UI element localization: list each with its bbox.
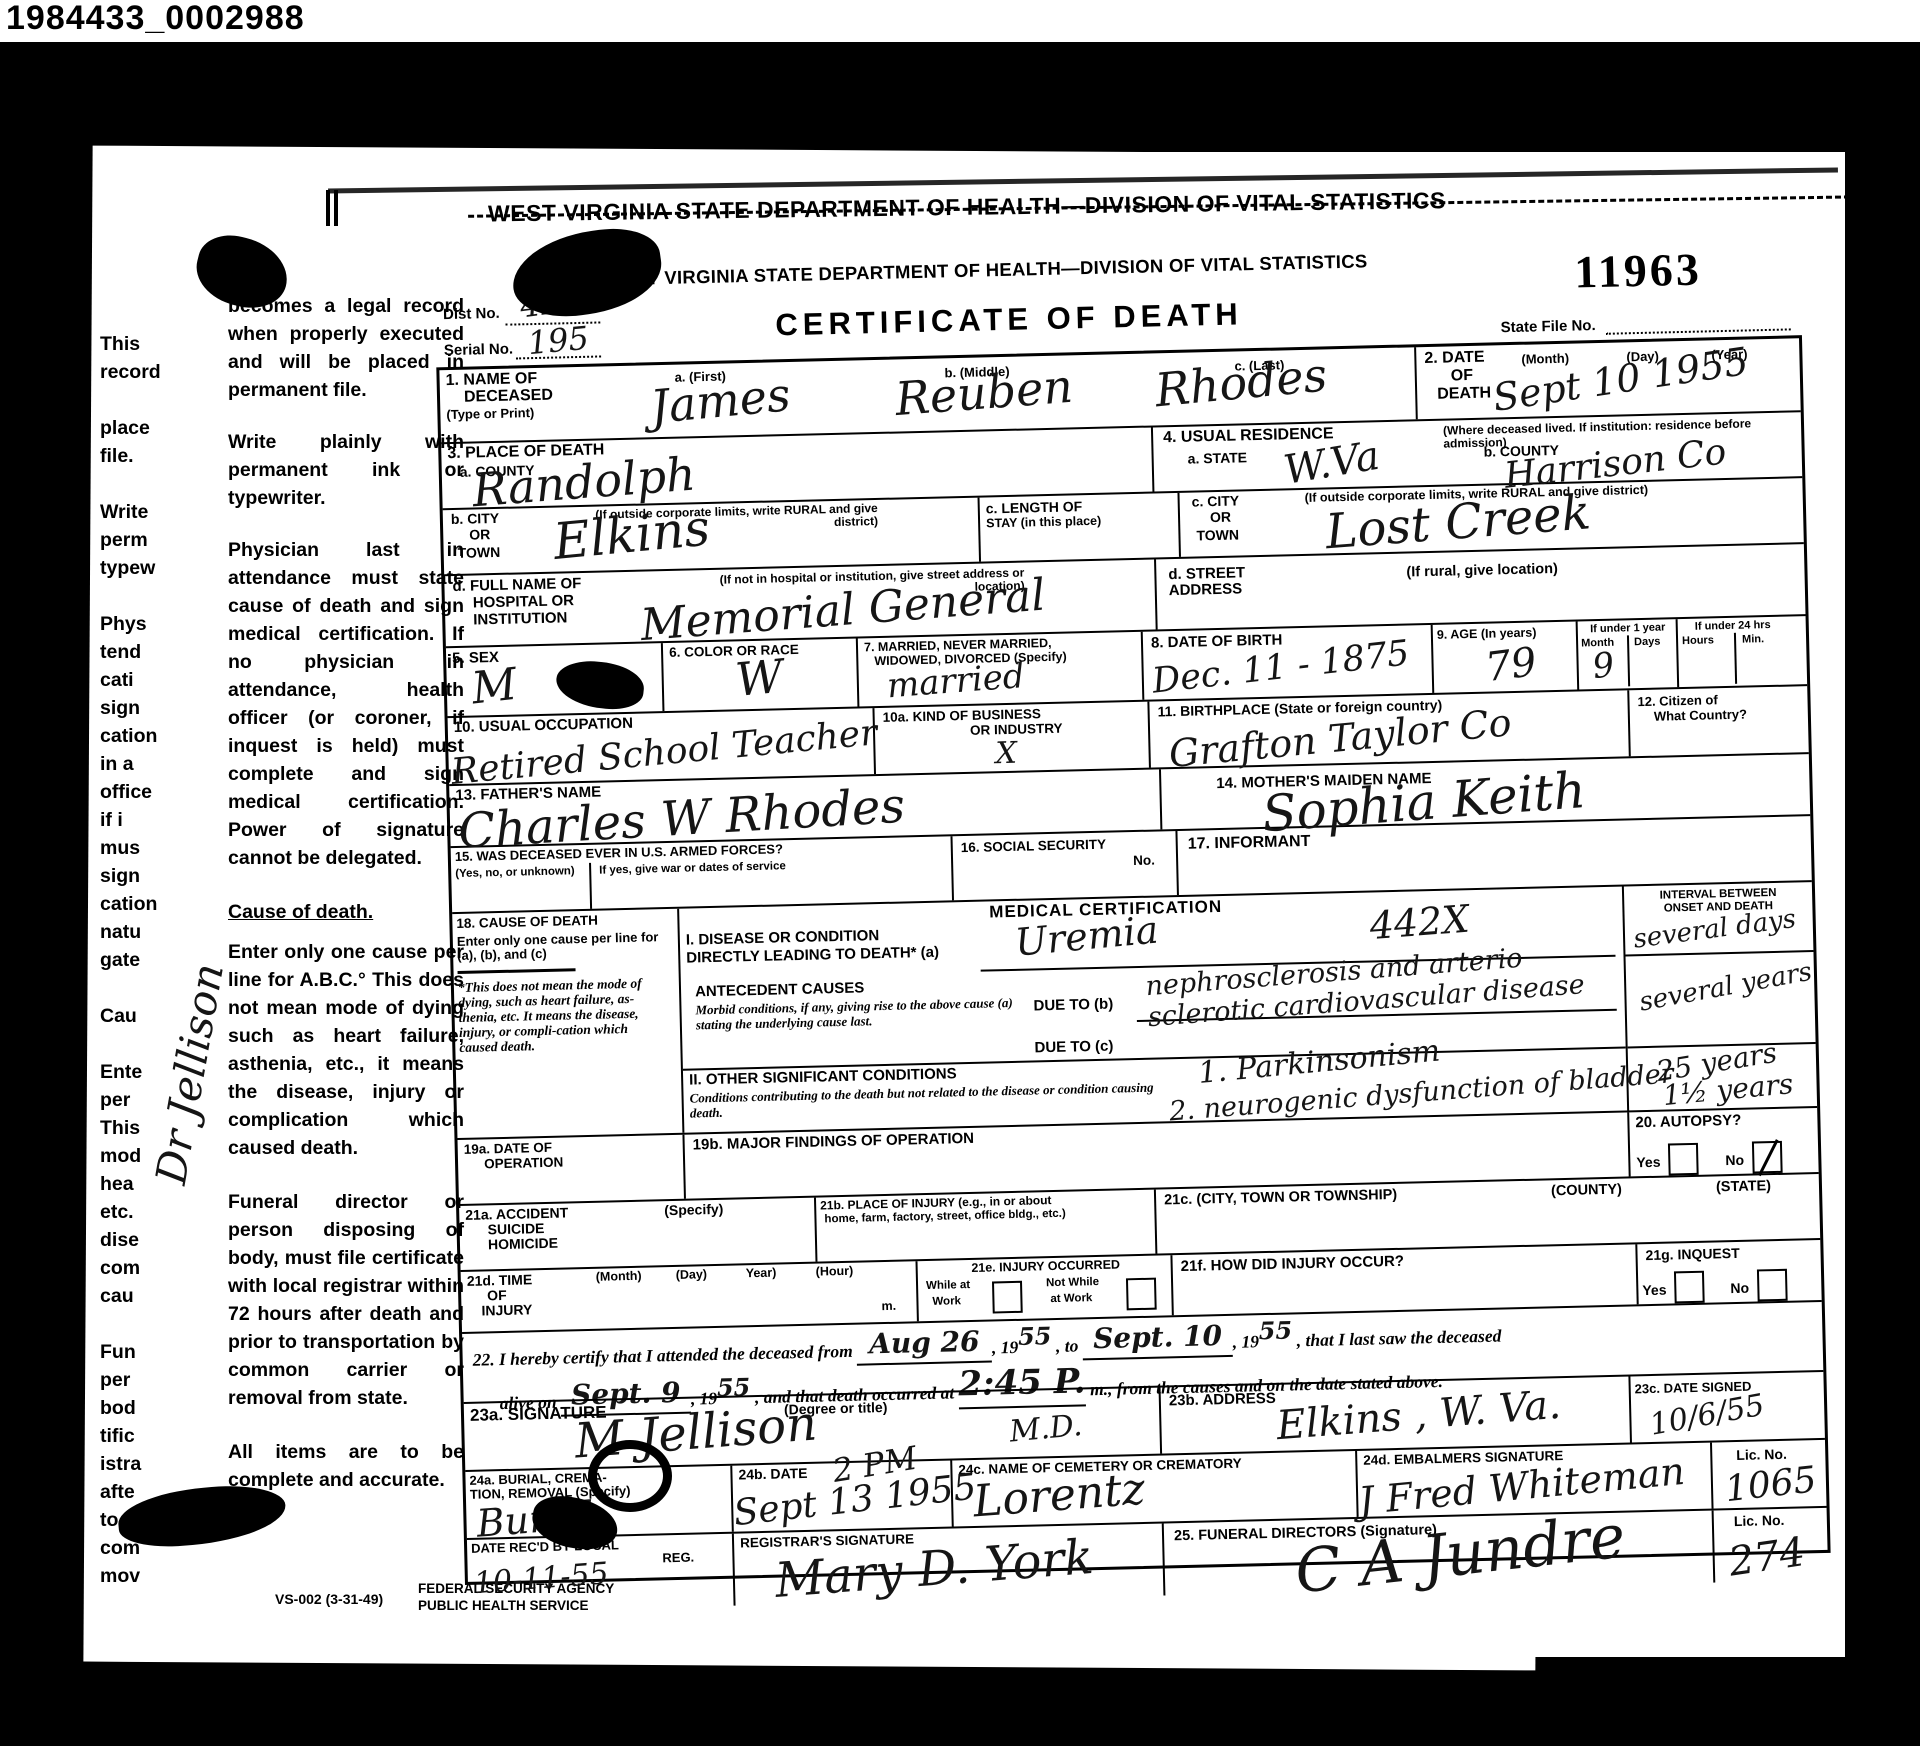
- field-inquest: 21g. INQUEST Yes No: [1635, 1240, 1821, 1304]
- file-number-stamp: 11963: [1574, 246, 1703, 297]
- field-injury-occurred: 21e. INJURY OCCURRED While at Work Not W…: [915, 1255, 1171, 1321]
- residence-state-label: a. STATE: [1187, 450, 1247, 466]
- residence-city-label-3: TOWN: [1196, 527, 1239, 543]
- cause-b-value: nephrosclerosis and arterio sclerotic ca…: [1144, 938, 1587, 1033]
- morbid-note: Morbid conditions, if any, giving rise t…: [695, 996, 1026, 1033]
- instruction-p3: Physician last in attendance must state …: [228, 536, 464, 872]
- address-value: Elkins , W. Va.: [1275, 1385, 1562, 1446]
- page-fold-mark-2: [334, 190, 338, 226]
- instruction-p2: Write plainly with permanent ink or type…: [228, 428, 464, 512]
- citizen-label-2: What Country?: [1654, 708, 1747, 724]
- autopsy-yes-label: Yes: [1636, 1154, 1661, 1171]
- inquest-yes: Yes: [1642, 1271, 1705, 1304]
- instruction-column: becomes a legal record when properly exe…: [228, 292, 464, 1494]
- not-while-label: Not While: [1046, 1276, 1099, 1289]
- length-of-stay-label-2: STAY (in this place): [986, 513, 1171, 531]
- armed-forces-note-2: If yes, give war or dates of service: [599, 859, 829, 877]
- field-time-of-injury: 21d. TIME OF INJURY (Month) (Day) Year) …: [461, 1261, 917, 1332]
- business-value: X: [995, 739, 1017, 769]
- dept-line: WEST VIRGINIA STATE DEPARTMENT OF HEALTH…: [604, 251, 1368, 288]
- name-middle-value: Reuben: [894, 363, 1075, 422]
- field-place-of-injury: 21b. PLACE OF INJURY (e.g., in or about …: [814, 1190, 1155, 1262]
- residence-city-label-2: OR: [1210, 510, 1231, 525]
- address-label: 23b. ADDRESS: [1169, 1391, 1276, 1409]
- hours-label: Hours: [1682, 635, 1714, 647]
- medical-certification-block: MEDICAL CERTIFICATION I. DISEASE OR COND…: [677, 887, 1627, 1133]
- attended-from-blank: Aug 26: [857, 1328, 993, 1366]
- injury-hour-label: (Hour): [816, 1265, 854, 1279]
- due-to-c-label: DUE TO (c): [1034, 1039, 1113, 1057]
- sex-value: M: [470, 663, 520, 712]
- at-work-label: at Work: [1050, 1292, 1092, 1305]
- certify-s3: , to: [1056, 1335, 1079, 1356]
- state-file-no-label: State File No.: [1500, 318, 1595, 336]
- field-embalmer-lic: Lic. No. 1065: [1710, 1440, 1827, 1509]
- autopsy-yes-checkbox: [1668, 1143, 1699, 1176]
- field-physician-address: 23b. ADDRESS Elkins , W. Va.: [1159, 1377, 1630, 1454]
- name-label-2: DECEASED: [464, 388, 553, 407]
- attended-to-blank: Sept. 10: [1082, 1322, 1233, 1361]
- field-cemetery: 24c. NAME OF CEMETERY OR CREMATORY Loren…: [950, 1451, 1356, 1527]
- instruction-p4: Enter only one cause per line for A.B.C.…: [228, 938, 464, 1162]
- dod-label-2: OF: [1451, 368, 1474, 385]
- field-race: 6. COLOR OR RACE W: [661, 639, 858, 712]
- residence-state-value: W.Va: [1281, 436, 1382, 491]
- city-label-2: OR: [469, 527, 490, 542]
- autopsy-no: No: [1725, 1141, 1782, 1174]
- serial-no-label: Serial No.: [444, 342, 514, 359]
- race-value: W: [734, 653, 785, 703]
- name-label-3: (Type or Print): [446, 406, 534, 422]
- page-fold-mark: [326, 190, 330, 226]
- armed-forces-note-1: (Yes, no, or unknown): [455, 865, 580, 881]
- field-ssn: 16. SOCIAL SECURITY No.: [950, 831, 1176, 900]
- inquest-yes-checkbox: [1674, 1271, 1705, 1304]
- operation-date-label-2: OPERATION: [484, 1156, 564, 1172]
- state-file-no-line: [1606, 328, 1791, 334]
- funeral-lic-label: Lic. No.: [1734, 1513, 1785, 1529]
- instruction-p1: becomes a legal record when properly exe…: [228, 292, 464, 404]
- inquest-yes-label: Yes: [1642, 1282, 1667, 1299]
- street-address-label: d. STREET ADDRESS: [1168, 565, 1279, 599]
- due-to-b-label: DUE TO (b): [1033, 997, 1113, 1015]
- marital-value: married: [886, 659, 1026, 703]
- autopsy-yes: Yes: [1636, 1143, 1699, 1176]
- dist-no-label: Dist No.: [443, 306, 500, 323]
- field-funeral-director: 25. FUNERAL DIRECTORS (Signature) C A Ju…: [1162, 1511, 1714, 1596]
- cause-of-death-heading: Cause of death.: [228, 898, 464, 926]
- city-value: Elkins: [551, 503, 712, 567]
- work-label: Work: [932, 1295, 961, 1308]
- field-how-injury-occurred: 21f. HOW DID INJURY OCCUR?: [1170, 1244, 1636, 1315]
- occupation-label: 10. USUAL OCCUPATION: [454, 716, 634, 736]
- dod-month-label: (Month): [1521, 352, 1569, 367]
- injury-occurred-label: 21e. INJURY OCCURRED: [926, 1257, 1166, 1276]
- injury-month-label: (Month): [596, 1270, 642, 1284]
- cause-note-1: Enter only one cause per line for (a), (…: [457, 930, 663, 963]
- top-banner: WEST VIRGINIA STATE DEPARTMENT OF HEALTH…: [488, 183, 1848, 226]
- autopsy-no-checkbox: [1752, 1141, 1783, 1174]
- city-label-3: TOWN: [458, 545, 501, 561]
- burial-date-label: 24b. DATE: [738, 1466, 807, 1482]
- injury-day-label: (Day): [676, 1268, 708, 1282]
- instruction-p5: Funeral director or person disposing of …: [228, 1188, 464, 1412]
- cause-note-2: *This does not mean the mode of dying, s…: [458, 975, 668, 1055]
- field-marital-status: 7. MARRIED, NEVER MARRIED, WIDOWED, DIVO…: [856, 632, 1143, 707]
- field-birthplace: 11. BIRTHPLACE (State or foreign country…: [1147, 690, 1628, 767]
- inquest-no: No: [1730, 1269, 1787, 1302]
- field-funeral-director-lic: Lic. No. 274: [1712, 1508, 1829, 1583]
- field-length-of-stay: c. LENGTH OF STAY (in this place): [978, 493, 1179, 562]
- while-at-work-checkbox: [992, 1281, 1023, 1314]
- field-date-signed: 23c. DATE SIGNED 10/6/55: [1628, 1372, 1825, 1443]
- embalmer-lic-label: Lic. No.: [1736, 1447, 1787, 1463]
- age-subdivider-2: [1734, 633, 1737, 684]
- major-findings-label: 19b. MAJOR FINDINGS OF OPERATION: [693, 1131, 975, 1153]
- date-received-value: 10-11-55: [473, 1559, 610, 1599]
- ssn-label-2: No.: [1133, 854, 1155, 869]
- injury-year-label: Year): [746, 1267, 777, 1281]
- cemetery-value: Lorentz: [972, 1468, 1147, 1525]
- time-of-injury-label-2: OF: [487, 1288, 507, 1303]
- field-date-of-operation: 19a. DATE OF OPERATION: [458, 1135, 684, 1204]
- form-number: VS-002 (3-31-49): [275, 1592, 383, 1607]
- certificate-page: WEST VIRGINIA STATE DEPARTMENT OF HEALTH…: [168, 152, 1845, 1657]
- date-received-label-2: REG.: [662, 1551, 694, 1565]
- residence-city-label-1: c. CITY: [1192, 493, 1240, 509]
- armed-forces-divider: [589, 863, 592, 909]
- interval-b-value: several years: [1637, 959, 1814, 1016]
- time-of-injury-label-3: INJURY: [481, 1302, 532, 1318]
- age-value: 79: [1483, 642, 1539, 688]
- field-citizen: 12. Citizen of What Country?: [1627, 686, 1809, 756]
- while-at-label: While at: [926, 1279, 970, 1292]
- min-label: Min.: [1742, 634, 1764, 646]
- cause-a-code: 442X: [1368, 900, 1470, 945]
- field-cause-of-death-notes: 18. CAUSE OF DEATH Enter only one cause …: [452, 909, 682, 1138]
- certify-s2: , 19: [992, 1337, 1019, 1358]
- autopsy-label: 20. AUTOPSY?: [1635, 1113, 1741, 1131]
- field-date-of-birth: 8. DATE OF BIRTH Dec. 11 - 1875: [1141, 625, 1433, 700]
- attended-to-year: 55: [1258, 1315, 1292, 1345]
- funeral-lic-value: 274: [1726, 1532, 1807, 1583]
- antecedent-label: ANTECEDENT CAUSES: [695, 980, 865, 1000]
- instruction-p6: All items are to be complete and accurat…: [228, 1438, 464, 1494]
- field-registrar-signature: REGISTRAR'S SIGNATURE Mary D. York: [732, 1524, 1164, 1606]
- name-first-value: James: [648, 371, 792, 430]
- disease-label-2: DIRECTLY LEADING TO DEATH* (a): [686, 945, 939, 967]
- days-label: Days: [1634, 637, 1661, 649]
- attended-to-value: Sept. 10: [1093, 1319, 1223, 1355]
- not-while-at-work-checkbox: [1126, 1278, 1157, 1311]
- how-injury-label: 21f. HOW DID INJURY OCCUR?: [1181, 1254, 1405, 1275]
- name-last-value: Rhodes: [1153, 351, 1329, 413]
- scan-id-strip: 1984433_0002988: [0, 0, 1920, 42]
- certificate-title: CERTIFICATE OF DEATH: [775, 298, 1243, 342]
- under-24-hrs-label: If under 24 hrs: [1680, 619, 1786, 634]
- autopsy-no-label: No: [1725, 1152, 1744, 1168]
- certify-s4: , 19: [1232, 1331, 1259, 1352]
- dod-label-3: DEATH: [1437, 385, 1491, 403]
- injury-m-label: m.: [881, 1300, 896, 1313]
- attended-from-year: 55: [1018, 1321, 1052, 1351]
- field-kind-of-business: 10a. KIND OF BUSINESS OR INDUSTRY X: [872, 702, 1148, 774]
- injury-county-label: (COUNTY): [1551, 1183, 1622, 1200]
- age-months-value: 9: [1591, 648, 1617, 684]
- hospital-label-3: INSTITUTION: [473, 610, 568, 628]
- business-label-2: OR INDUSTRY: [970, 722, 1063, 738]
- cause-label: 18. CAUSE OF DEATH: [456, 914, 598, 932]
- field-age-under-1-year: If under 1 year Month Days 9: [1576, 619, 1678, 689]
- field-burial-date: 24b. DATE 2 PM Sept 13 1955: [730, 1461, 951, 1532]
- street-address-note: (If rural, give location): [1406, 562, 1558, 581]
- form-table: 1. NAME OF DECEASED (Type or Print) a. (…: [436, 335, 1830, 1585]
- injury-city-label: 21c. (CITY, TOWN OR TOWNSHIP): [1164, 1188, 1397, 1209]
- field-age-under-24-hrs: If under 24 hrs Hours Min.: [1676, 617, 1788, 688]
- age-label: 9. AGE (In years): [1437, 626, 1572, 643]
- field-accident-suicide-homicide: 21a. ACCIDENT SUICIDE HOMICIDE (Specify): [459, 1198, 815, 1270]
- inquest-no-checkbox: [1757, 1269, 1788, 1302]
- scan-id: 1984433_0002988: [6, 1, 305, 37]
- field-occupation: 10. USUAL OCCUPATION Retired School Teac…: [448, 708, 874, 784]
- field-date-of-death: 2. DATE OF DEATH (Month) (Day) (Year) Se…: [1414, 338, 1801, 419]
- under-1-year-label: If under 1 year: [1580, 621, 1676, 635]
- serial-no-value: 195: [526, 322, 590, 360]
- field-autopsy: 20. AUTOPSY? Yes No: [1627, 1108, 1818, 1176]
- certify-s1: 22. I hereby certify that I attended the…: [472, 1341, 852, 1370]
- date-signed-value: 10/6/55: [1648, 1391, 1767, 1441]
- funeral-director-value: C A Jundre: [1292, 1506, 1628, 1602]
- certificate-form: WEST VIRGINIA STATE DEPARTMENT OF HEALTH…: [434, 233, 1825, 1585]
- citizen-label-1: 12. Citizen of: [1637, 693, 1717, 709]
- back-page-instruction-fragments: This record place file. Write perm typew…: [100, 330, 172, 1620]
- field-age: 9. AGE (In years) 79: [1431, 622, 1578, 693]
- age-subdivider: [1627, 635, 1630, 686]
- printer-mark: [1868, 1600, 1890, 1614]
- accident-label-3: HOMICIDE: [488, 1236, 558, 1252]
- attended-from-value: Aug 26: [869, 1325, 980, 1361]
- accident-specify-label: (Specify): [664, 1202, 723, 1218]
- certify-s5: , that I last saw the deceased: [1296, 1326, 1501, 1351]
- ink-blot: [588, 1440, 672, 1512]
- physician-degree-value: M.D.: [1008, 1411, 1083, 1448]
- autopsy-no-check-mark: [1758, 1139, 1779, 1176]
- embalmer-lic-value: 1065: [1723, 1462, 1818, 1508]
- dod-label-1: 2. DATE: [1424, 350, 1485, 368]
- ssn-label-1: 16. SOCIAL SECURITY: [961, 838, 1107, 856]
- inquest-label: 21g. INQUEST: [1645, 1246, 1739, 1263]
- injury-state-label: (STATE): [1716, 1179, 1771, 1196]
- inquest-no-label: No: [1730, 1280, 1749, 1296]
- field-embalmer-signature: 24d. EMBALMERS SIGNATURE J Fred Whiteman: [1355, 1443, 1711, 1517]
- cause-underline: [458, 968, 576, 974]
- cause-a-value: Uremia: [1013, 911, 1159, 962]
